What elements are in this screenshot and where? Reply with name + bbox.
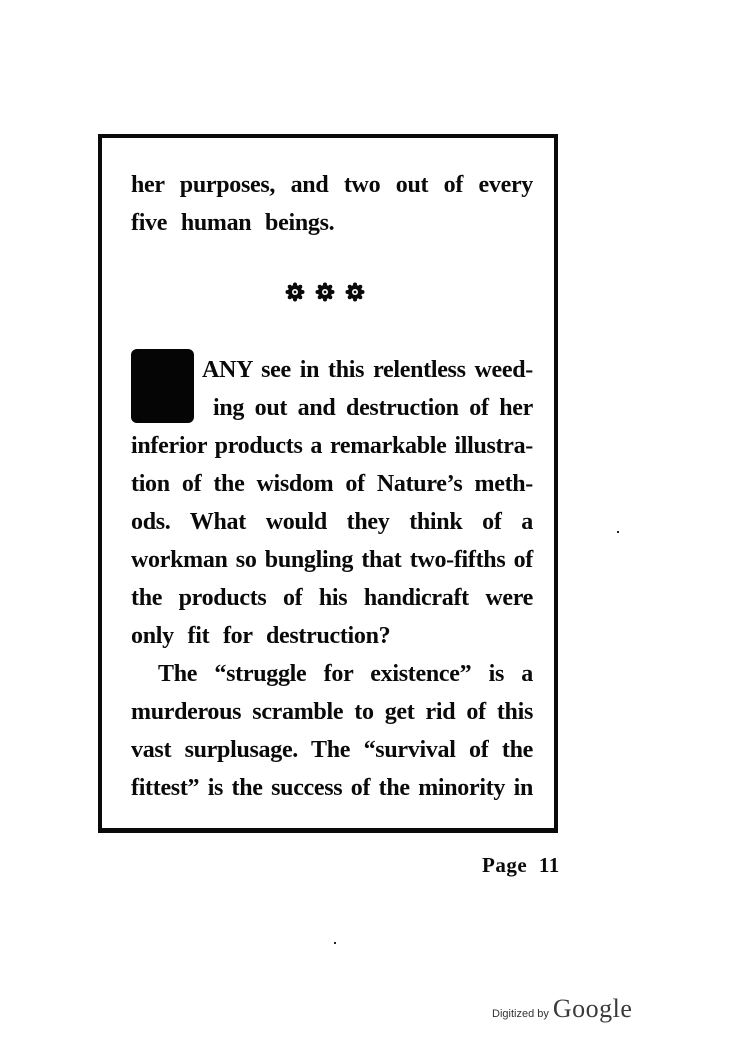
rosette-icon — [345, 282, 365, 302]
rosette-icon — [285, 282, 305, 302]
text-line-9: the products of his handicraft were — [131, 583, 533, 613]
digitized-by-google-watermark: Digitized by Google — [492, 994, 632, 1024]
scan-speck — [334, 942, 336, 944]
text-line-13: vast surplusage. The “survival of the — [131, 735, 533, 765]
digitized-by-label: Digitized by — [492, 1008, 549, 1020]
text-line-6: tion of the wisdom of Nature’s meth- — [131, 469, 533, 499]
text-line-10: only fit for destruction? — [131, 621, 533, 651]
section-break-ornaments — [285, 282, 365, 302]
rosette-icon — [315, 282, 335, 302]
text-line-3: ANY see in this relentless weed- — [202, 355, 533, 385]
google-logo: Google — [553, 994, 633, 1024]
drop-cap-block — [131, 349, 194, 423]
text-line-5: inferior products a remarkable illustra- — [131, 431, 533, 461]
text-line-2: five human beings. — [131, 208, 533, 238]
text-line-14: fittest” is the success of the minority … — [131, 773, 533, 803]
page-number: Page 11 — [482, 853, 560, 878]
text-line-11: The “struggle for existence” is a — [158, 659, 533, 689]
text-line-8: workman so bungling that two-fifths of — [131, 545, 533, 575]
text-line-1: her purposes, and two out of every — [131, 170, 533, 200]
scan-speck — [617, 531, 619, 533]
text-line-4: ing out and destruction of her — [213, 393, 533, 423]
text-line-7: ods. What would they think of a — [131, 507, 533, 537]
text-line-12: murderous scramble to get rid of this — [131, 697, 533, 727]
